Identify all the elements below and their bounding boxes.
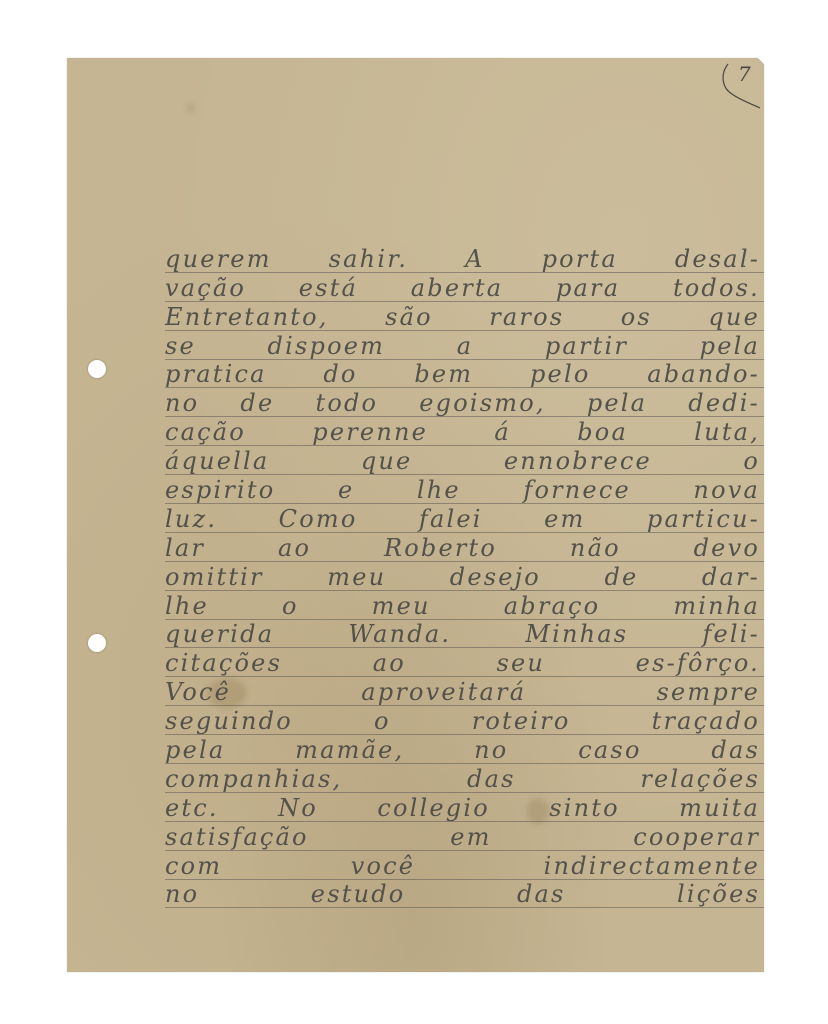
text-line: querem sahir. A porta desal- xyxy=(165,244,764,273)
text-line: satisfação em cooperar xyxy=(165,822,764,851)
handwritten-line: cação perenne á boa luta, xyxy=(165,417,764,447)
handwritten-line: vação está aberta para todos. xyxy=(165,273,764,303)
text-line: lhe o meu abraço minha xyxy=(165,591,764,620)
text-line: etc. No collegio sinto muita xyxy=(165,793,764,822)
handwritten-line: companhias, das relações xyxy=(165,764,764,794)
handwritten-line: citações ao seu es-fôrço. xyxy=(165,648,764,678)
handwritten-line: pela mamãe, no caso das xyxy=(165,735,764,765)
handwritten-line: espirito e lhe fornece nova xyxy=(165,475,764,505)
text-line: citações ao seu es-fôrço. xyxy=(165,648,764,677)
handwritten-line: Você aproveitará sempre xyxy=(165,677,764,707)
text-line: espirito e lhe fornece nova xyxy=(165,475,764,504)
text-line: com você indirectamente xyxy=(165,851,764,880)
handwritten-line: no estudo das lições xyxy=(165,879,764,909)
text-line: no de todo egoismo, pela dedi- xyxy=(165,388,764,417)
handwritten-line: áquella que ennobrece o xyxy=(165,446,764,476)
text-line: pela mamãe, no caso das xyxy=(165,735,764,764)
punch-hole-top xyxy=(88,360,106,378)
handwritten-line: seguindo o roteiro traçado xyxy=(165,706,764,736)
text-line: luz. Como falei em particu- xyxy=(165,504,764,533)
scanned-document: 7 querem sahir. A porta desal- vação est… xyxy=(0,0,828,1024)
page-number-mark: 7 xyxy=(718,60,760,110)
handwritten-line: no de todo egoismo, pela dedi- xyxy=(165,388,764,418)
foxing-stain xyxy=(187,104,195,112)
text-line: se dispoem a partir pela xyxy=(165,331,764,360)
handwritten-line: lar ao Roberto não devo xyxy=(165,533,764,563)
handwritten-line: satisfação em cooperar xyxy=(165,822,764,852)
text-line: Você aproveitará sempre xyxy=(165,677,764,706)
text-line: omittir meu desejo de dar- xyxy=(165,562,764,591)
handwritten-line: com você indirectamente xyxy=(165,851,764,881)
text-line: Entretanto, são raros os que xyxy=(165,302,764,331)
handwritten-text-block: querem sahir. A porta desal- vação está … xyxy=(165,244,764,908)
handwritten-line: Entretanto, são raros os que xyxy=(165,302,764,332)
letter-page: 7 querem sahir. A porta desal- vação est… xyxy=(67,58,764,972)
handwritten-line: querida Wanda. Minhas feli- xyxy=(165,619,764,649)
text-line: áquella que ennobrece o xyxy=(165,446,764,475)
text-line: vação está aberta para todos. xyxy=(165,273,764,302)
text-line: querida Wanda. Minhas feli- xyxy=(165,620,764,649)
handwritten-line: se dispoem a partir pela xyxy=(165,331,764,361)
handwritten-line: pratica do bem pelo abando- xyxy=(165,359,764,389)
page-number: 7 xyxy=(738,62,751,86)
text-line: seguindo o roteiro traçado xyxy=(165,706,764,735)
handwritten-line: querem sahir. A porta desal- xyxy=(165,244,764,274)
handwritten-line: luz. Como falei em particu- xyxy=(165,504,764,534)
text-line: companhias, das relações xyxy=(165,764,764,793)
handwritten-line: etc. No collegio sinto muita xyxy=(165,793,764,823)
text-line: no estudo das lições xyxy=(165,880,764,909)
text-line: lar ao Roberto não devo xyxy=(165,533,764,562)
handwritten-line: lhe o meu abraço minha xyxy=(165,591,764,621)
text-line: cação perenne á boa luta, xyxy=(165,417,764,446)
text-line: pratica do bem pelo abando- xyxy=(165,360,764,389)
handwritten-line: omittir meu desejo de dar- xyxy=(165,562,764,592)
punch-hole-bottom xyxy=(88,634,106,652)
